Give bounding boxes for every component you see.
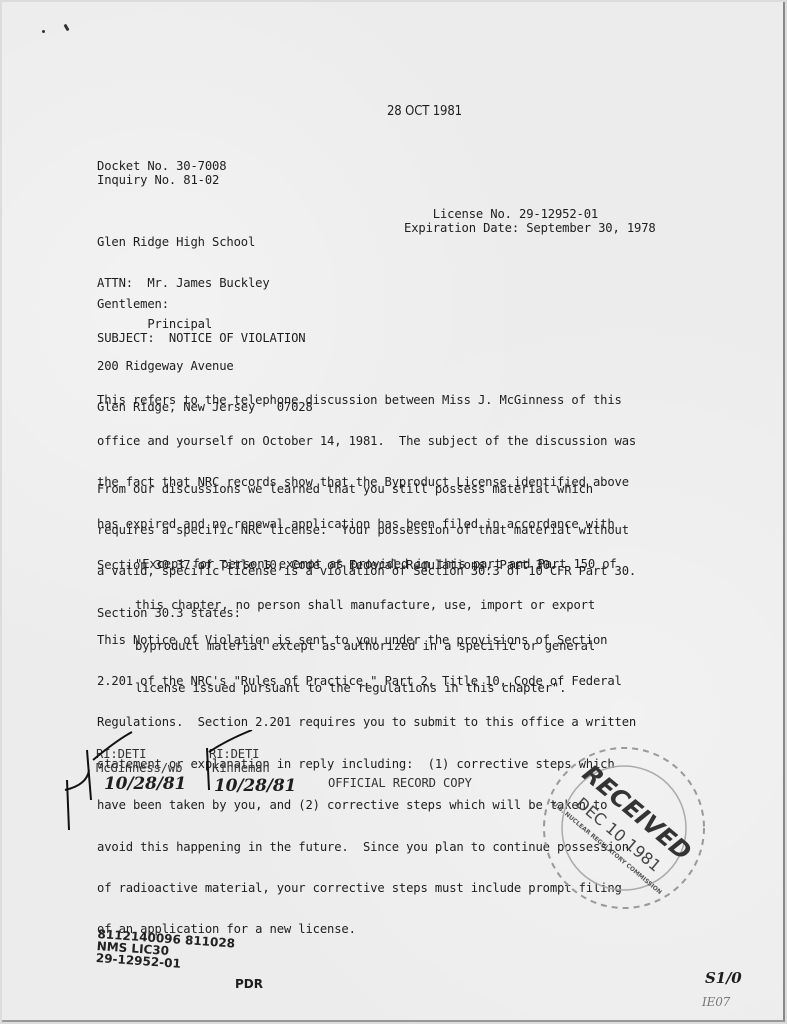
letter-page: 28 OCT 1981 Docket No. 30-7008 Inquiry N… (2, 2, 785, 1022)
received-stamp: RECEIVED DEC 10 1981 U.S. NUCLEAR REGULA… (540, 744, 708, 912)
handwritten-code: S1/0 (705, 972, 742, 986)
text-line: "Except for persons exempt as provided i… (135, 558, 617, 572)
signature-initials (57, 730, 257, 840)
text-line: This Notice of Violation is sent to you … (97, 634, 636, 648)
official-record-copy: OFFICIAL RECORD COPY (328, 777, 472, 791)
license-number: License No. 29-12952-01 (404, 208, 598, 222)
docket-number: Docket No. 30-7008 (97, 160, 226, 174)
scan-speck (42, 30, 45, 33)
subject-line: SUBJECT: NOTICE OF VIOLATION (97, 332, 305, 346)
letter-date: 28 OCT 1981 (387, 105, 462, 119)
pdr-label: PDR (235, 977, 263, 991)
scan-speck (63, 24, 69, 32)
text-line: 2.201 of the NRC's "Rules of Practice," … (97, 675, 636, 689)
text-line: This refers to the telephone discussion … (97, 394, 636, 408)
text-line: office and yourself on October 14, 1981.… (97, 435, 636, 449)
text-line: From our discussions we learned that you… (97, 483, 636, 497)
license-expiration: Expiration Date: September 30, 1978 (404, 222, 656, 236)
handwritten-note: IE07 (702, 996, 730, 1010)
addressee-line: Glen Ridge High School (97, 236, 313, 250)
inquiry-number: Inquiry No. 81-02 (97, 174, 219, 188)
text-line: Regulations. Section 2.201 requires you … (97, 716, 636, 730)
document-control-code: 8112140096 811028 NMS LIC30 29-12952-01 (95, 928, 235, 974)
salutation: Gentlemen: (97, 298, 169, 312)
addressee-line: ATTN: Mr. James Buckley (97, 277, 313, 291)
